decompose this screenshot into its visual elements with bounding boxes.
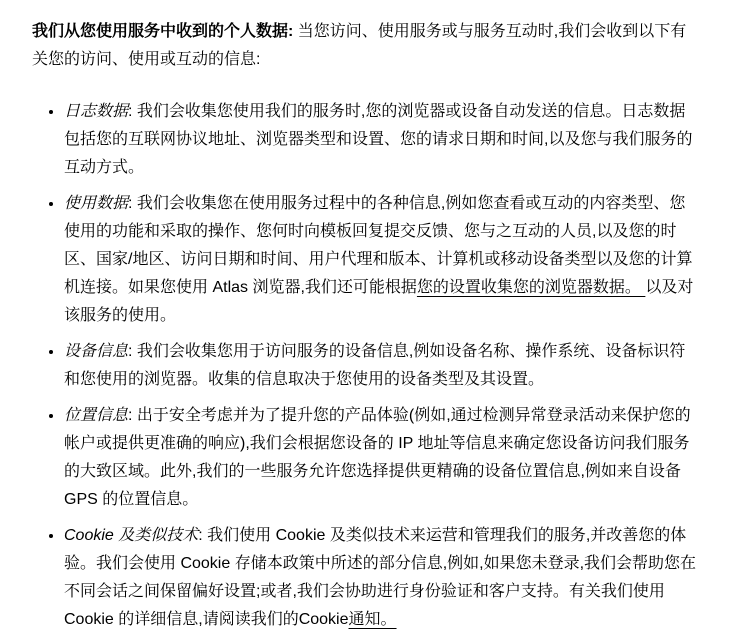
- intro-paragraph: 我们从您使用服务中收到的个人数据: 当您访问、使用服务或与服务互动时,我们会收到…: [32, 18, 701, 74]
- term-separator: :: [128, 407, 137, 424]
- term-label: 位置信息: [64, 407, 128, 424]
- term-separator: :: [128, 343, 137, 360]
- item-text: 我们会收集您使用我们的服务时,您的浏览器或设备自动发送的信息。日志数据包括您的互…: [64, 103, 692, 176]
- item-text: 出于安全考虑并为了提升您的产品体验(例如,通过检测异常登录活动来保护您的帐户或提…: [64, 407, 691, 508]
- list-item-device-info: 设备信息: 我们会收集您用于访问服务的设备信息,例如设备名称、操作系统、设备标识…: [64, 338, 701, 394]
- item-text: 我们会收集您用于访问服务的设备信息,例如设备名称、操作系统、设备标识符和您使用的…: [64, 343, 685, 388]
- cookie-notice-link[interactable]: 通知。: [349, 611, 397, 628]
- term-label: Cookie 及类似技术: [64, 527, 198, 544]
- list-item-usage-data: 使用数据: 我们会收集您在使用服务过程中的各种信息,例如您查看或互动的内容类型、…: [64, 190, 701, 330]
- list-item-location-info: 位置信息: 出于安全考虑并为了提升您的产品体验(例如,通过检测异常登录活动来保护…: [64, 402, 701, 514]
- term-label: 设备信息: [64, 343, 128, 360]
- term-separator: :: [128, 103, 137, 120]
- term-label: 日志数据: [64, 103, 128, 120]
- term-label: 使用数据: [64, 195, 128, 212]
- privacy-policy-section: 我们从您使用服务中收到的个人数据: 当您访问、使用服务或与服务互动时,我们会收到…: [32, 18, 701, 634]
- term-separator: :: [198, 527, 207, 544]
- data-types-list: 日志数据: 我们会收集您使用我们的服务时,您的浏览器或设备自动发送的信息。日志数…: [32, 98, 701, 634]
- term-separator: :: [128, 195, 137, 212]
- browser-data-settings-link[interactable]: 您的设置收集您的浏览器数据。: [417, 279, 645, 296]
- list-item-log-data: 日志数据: 我们会收集您使用我们的服务时,您的浏览器或设备自动发送的信息。日志数…: [64, 98, 701, 182]
- list-item-cookies: Cookie 及类似技术: 我们使用 Cookie 及类似技术来运营和管理我们的…: [64, 522, 701, 634]
- intro-heading: 我们从您使用服务中收到的个人数据:: [32, 23, 298, 40]
